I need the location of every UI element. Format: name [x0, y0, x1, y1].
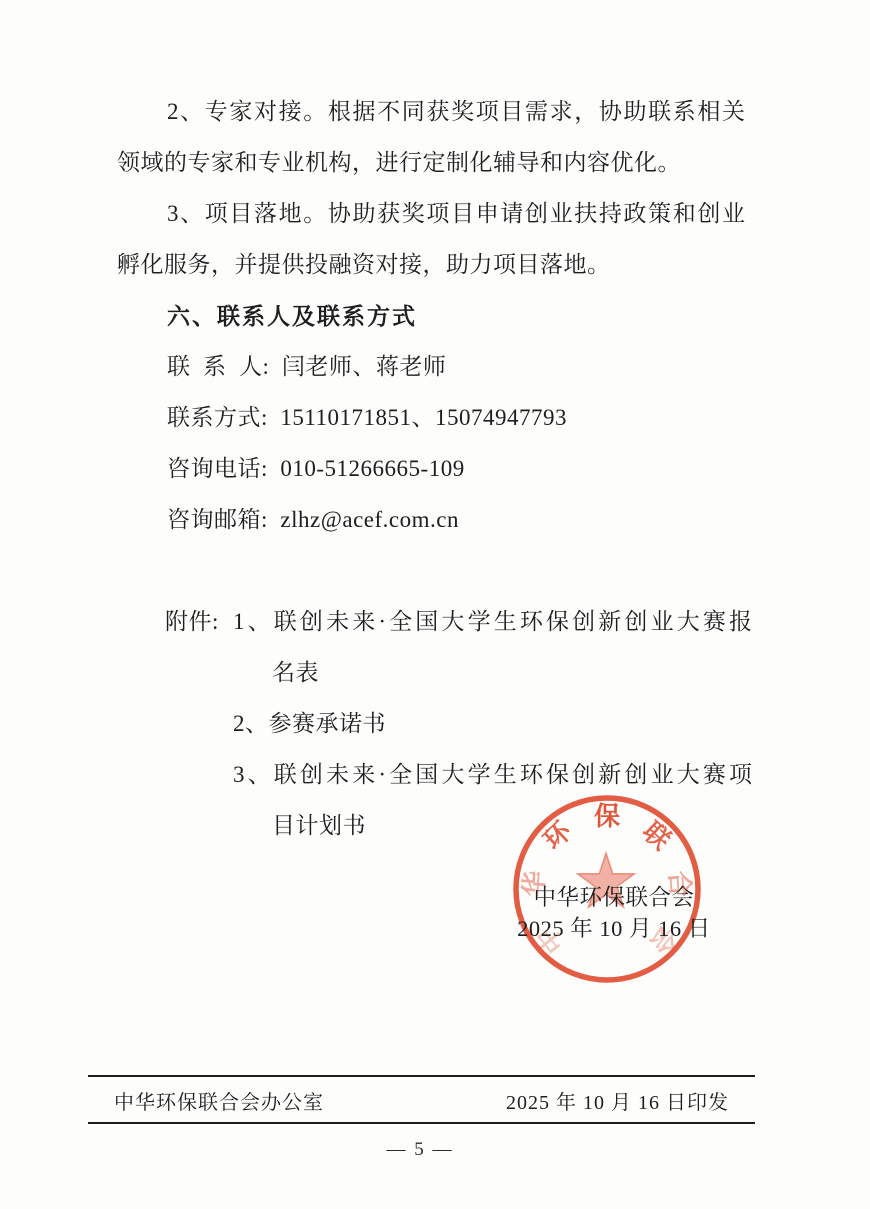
seal-arc-char: 保	[594, 802, 620, 831]
attachments-label: 附件:	[165, 607, 219, 637]
footer-rule-bottom	[88, 1122, 755, 1124]
signature-date: 2025 年 10 月 16 日	[508, 911, 720, 943]
attachment-item-1-cont: 名表	[272, 658, 319, 688]
footer-print-date: 2025 年 10 月 16 日印发	[506, 1086, 729, 1115]
body-line-p3-1: 3、项目落地。协助获奖项目申请创业扶持政策和创业	[167, 199, 745, 229]
contact-person-line: 联 系 人: 闫老师、蒋老师	[167, 352, 446, 382]
body-line-p2-2: 领域的专家和专业机构，进行定制化辅导和内容优化。	[117, 148, 681, 178]
attachment-item-3-cont: 目计划书	[272, 811, 366, 841]
body-line-p3-2: 孵化服务，并提供投融资对接，助力项目落地。	[117, 250, 611, 280]
footer-issuer: 中华环保联合会办公室	[114, 1086, 324, 1115]
footer-rule-top	[88, 1075, 755, 1077]
contact-phone-line: 联系方式: 15110171851、15074947793	[167, 403, 567, 433]
body-line-p2-1: 2、专家对接。根据不同获奖项目需求，协助联系相关	[167, 97, 745, 127]
inquiry-phone-line: 咨询电话: 010-51266665-109	[167, 454, 465, 484]
attachment-item-1: 1、联创未来·全国大学生环保创新创业大赛报	[233, 607, 752, 637]
attachment-item-3: 3、联创未来·全国大学生环保创新创业大赛项	[233, 760, 752, 790]
attachment-item-2: 2、参赛承诺书	[233, 709, 386, 739]
section-heading: 六、联系人及联系方式	[167, 301, 417, 331]
inquiry-email-line: 咨询邮箱: zlhz@acef.com.cn	[167, 505, 459, 535]
page-number: — 5 —	[320, 1139, 520, 1161]
signature-organization: 中华环保联合会	[508, 880, 720, 912]
document-page: 2、专家对接。根据不同获奖项目需求，协助联系相关 领域的专家和专业机构，进行定制…	[0, 0, 870, 1209]
